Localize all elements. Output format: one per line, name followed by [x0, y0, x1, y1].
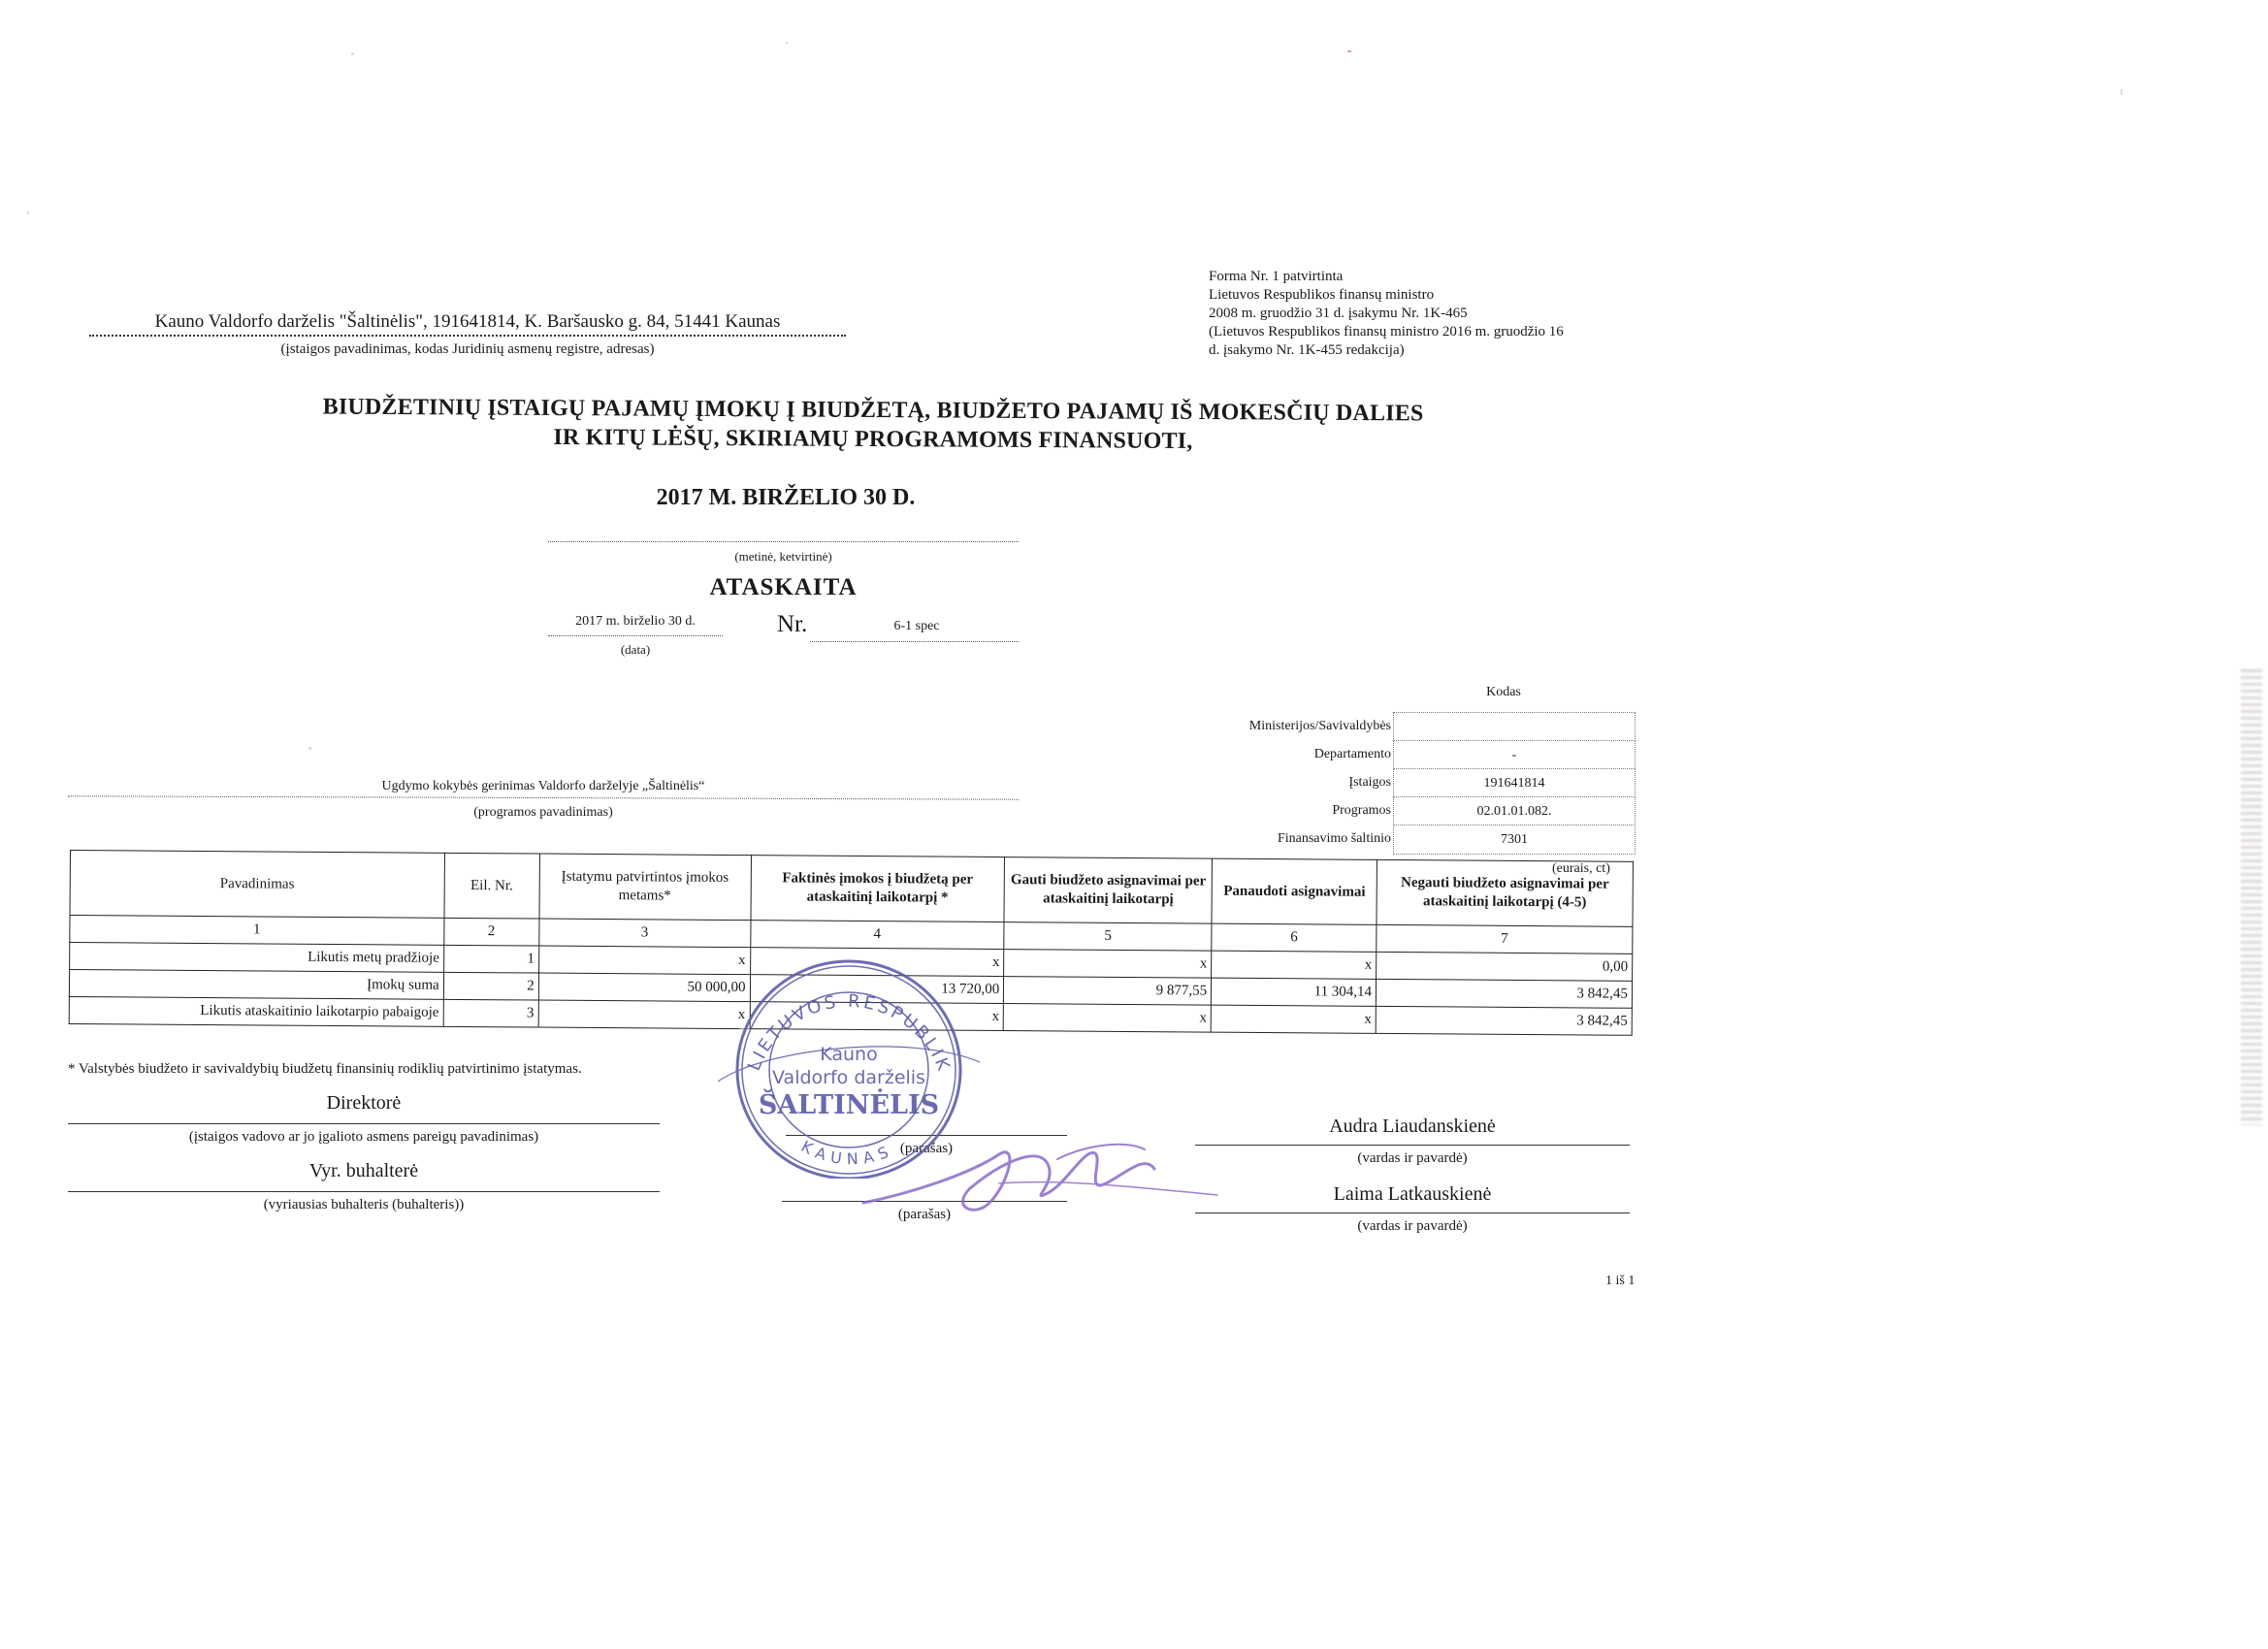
row-number: 2: [443, 972, 538, 1000]
code-label: Programos: [1332, 803, 1391, 819]
column-number: 6: [1212, 923, 1377, 952]
code-row-program: Programos 02.01.01.082.: [1213, 796, 1639, 825]
column-header: Įstatymu patvirtintos įmokos metams*: [539, 854, 751, 921]
column-number: 3: [538, 919, 750, 948]
column-number: 4: [750, 921, 1004, 950]
column-header: Gauti biudžeto asignavimai per ataskaiti…: [1004, 857, 1212, 924]
director-signature-caption: (parašas): [786, 1141, 1067, 1157]
form-note-line: Lietuvos Respublikos finansų ministro: [1209, 286, 1564, 305]
report-date-underline: [548, 635, 723, 636]
report-date-value: 2017 m. birželio 30 d.: [548, 614, 723, 630]
organization-caption: (įstaigos pavadinimas, kodas Juridinių a…: [89, 341, 846, 358]
code-row-ministry: Ministerijos/Savivaldybės: [1213, 712, 1639, 741]
svg-text:Valdorfo darželis: Valdorfo darželis: [772, 1067, 925, 1088]
scan-edge-shadow: [2241, 669, 2262, 1125]
organization-underline: [89, 335, 846, 337]
code-value: 191641814: [1393, 768, 1636, 797]
cell-received-appropriations: x: [1004, 950, 1212, 979]
form-note-line: Forma Nr. 1 patvirtinta: [1209, 268, 1564, 286]
report-title: BIUDŽETINIŲ ĮSTAIGŲ PAJAMŲ ĮMOKŲ Į BIUDŽ…: [223, 392, 1523, 458]
director-signature-line: [786, 1135, 1067, 1136]
report-date-caption: (data): [548, 642, 723, 658]
column-header: Panaudoti asignavimai: [1212, 858, 1377, 924]
form-approval-note: Forma Nr. 1 patvirtinta Lietuvos Respubl…: [1209, 268, 1564, 360]
column-header: Negauti biudžeto asignavimai per ataskai…: [1377, 859, 1633, 926]
code-label: Ministerijos/Savivaldybės: [1249, 719, 1391, 734]
cell-used-appropriations: 11 304,14: [1212, 978, 1377, 1006]
code-row-department: Departamento -: [1213, 740, 1639, 769]
cell-actual-payments: 13 720,00: [750, 975, 1004, 1004]
report-number-underline: [810, 641, 1019, 642]
director-name-caption: (vardas ir pavardė): [1195, 1150, 1630, 1167]
period-underline: [548, 541, 1019, 542]
director-position-caption: (įstaigos vadovo ar jo įgalioto asmens p…: [68, 1129, 660, 1146]
scan-speck: [786, 42, 788, 44]
table-footnote: * Valstybės biudžeto ir savivaldybių biu…: [68, 1061, 582, 1078]
page-number: 1 iš 1: [1605, 1274, 1635, 1289]
code-value: -: [1393, 740, 1636, 769]
program-name-caption: (programos pavadinimas): [68, 805, 1019, 821]
svg-text:Kauno: Kauno: [820, 1044, 877, 1065]
code-value: 02.01.01.082.: [1393, 796, 1636, 825]
scan-speck: [27, 211, 29, 214]
cell-received-appropriations: 9 877,55: [1004, 977, 1212, 1006]
cell-received-appropriations: x: [1004, 1004, 1212, 1033]
code-label: Departamento: [1314, 747, 1391, 762]
column-header: Eil. Nr.: [444, 853, 539, 919]
form-note-line: 2008 m. gruodžio 31 d. įsakymu Nr. 1K-46…: [1209, 305, 1564, 323]
cell-used-appropriations: x: [1211, 1005, 1376, 1033]
director-name-line: [1195, 1145, 1630, 1146]
accountant-signature-caption: (parašas): [782, 1207, 1067, 1223]
cell-used-appropriations: x: [1212, 951, 1377, 979]
codes-header: Kodas: [1377, 685, 1630, 700]
row-name: Įmokų suma: [69, 970, 443, 1000]
accountant-position-caption: (vyriausias buhalteris (buhalteris)): [68, 1197, 660, 1213]
period-caption: (metinė, ketvirtinė): [548, 549, 1019, 565]
scan-speck: [308, 747, 311, 750]
row-name: Likutis metų pradžioje: [70, 943, 444, 973]
column-number: 5: [1004, 922, 1212, 952]
row-number: 3: [443, 999, 538, 1027]
director-position-line: [68, 1123, 660, 1124]
report-table: Pavadinimas Eil. Nr. Įstatymu patvirtint…: [69, 850, 1634, 1036]
scan-speck: [1347, 50, 1351, 52]
code-label: Finansavimo šaltinio: [1278, 831, 1391, 847]
cell-approved-payments: x: [538, 1000, 750, 1029]
cell-unreceived-appropriations: 3 842,45: [1376, 979, 1632, 1008]
column-header: Faktinės įmokos į biudžetą per ataskaiti…: [751, 856, 1005, 922]
scan-speck: [351, 52, 354, 55]
accountant-position-line: [68, 1191, 660, 1192]
cell-actual-payments: x: [750, 1002, 1004, 1031]
code-row-institution: Įstaigos 191641814: [1213, 768, 1639, 797]
cell-unreceived-appropriations: 3 842,45: [1376, 1006, 1632, 1035]
cell-unreceived-appropriations: 0,00: [1377, 952, 1633, 981]
cell-actual-payments: x: [750, 948, 1004, 977]
accountant-position: Vyr. buhalterė: [68, 1160, 660, 1182]
accountant-signature-line: [782, 1201, 1067, 1202]
report-number-value: 6-1 spec: [815, 619, 1019, 634]
column-number: 2: [444, 918, 539, 946]
program-name-value: Ugdymo kokybės gerinimas Valdorfo daržel…: [68, 779, 1019, 794]
column-number: 1: [70, 916, 444, 946]
svg-text:ŠALTINĖLIS: ŠALTINĖLIS: [759, 1087, 939, 1120]
row-number: 1: [443, 945, 538, 973]
form-note-line: (Lietuvos Respublikos finansų ministro 2…: [1209, 323, 1564, 341]
code-value: [1393, 712, 1636, 741]
column-header: Pavadinimas: [70, 851, 444, 919]
accountant-name: Laima Latkauskienė: [1195, 1183, 1630, 1206]
director-name: Audra Liaudanskienė: [1195, 1115, 1630, 1138]
report-number-label: Nr.: [777, 611, 807, 638]
cell-approved-payments: x: [538, 946, 750, 975]
cell-approved-payments: 50 000,00: [538, 973, 750, 1002]
code-label: Įstaigos: [1348, 775, 1391, 791]
scan-speck: [2121, 89, 2122, 95]
code-row-funding-source: Finansavimo šaltinio 7301: [1213, 824, 1639, 854]
report-heading: ATASKAITA: [548, 574, 1019, 601]
accountant-name-caption: (vardas ir pavardė): [1195, 1218, 1630, 1235]
column-number: 7: [1377, 924, 1633, 954]
director-position: Direktorė: [68, 1092, 660, 1115]
report-title-date: 2017 M. BIRŽELIO 30 D.: [543, 485, 1028, 511]
code-value: 7301: [1393, 824, 1636, 855]
organization-value: Kauno Valdorfo darželis "Šaltinėlis", 19…: [89, 311, 846, 333]
table-header-row: Pavadinimas Eil. Nr. Įstatymu patvirtint…: [70, 851, 1633, 927]
program-name-underline: [68, 795, 1019, 799]
row-name: Likutis ataskaitinio laikotarpio pabaigo…: [69, 996, 443, 1026]
accountant-name-line: [1195, 1212, 1630, 1213]
form-note-line: d. įsakymo Nr. 1K-455 redakcija): [1209, 341, 1564, 360]
